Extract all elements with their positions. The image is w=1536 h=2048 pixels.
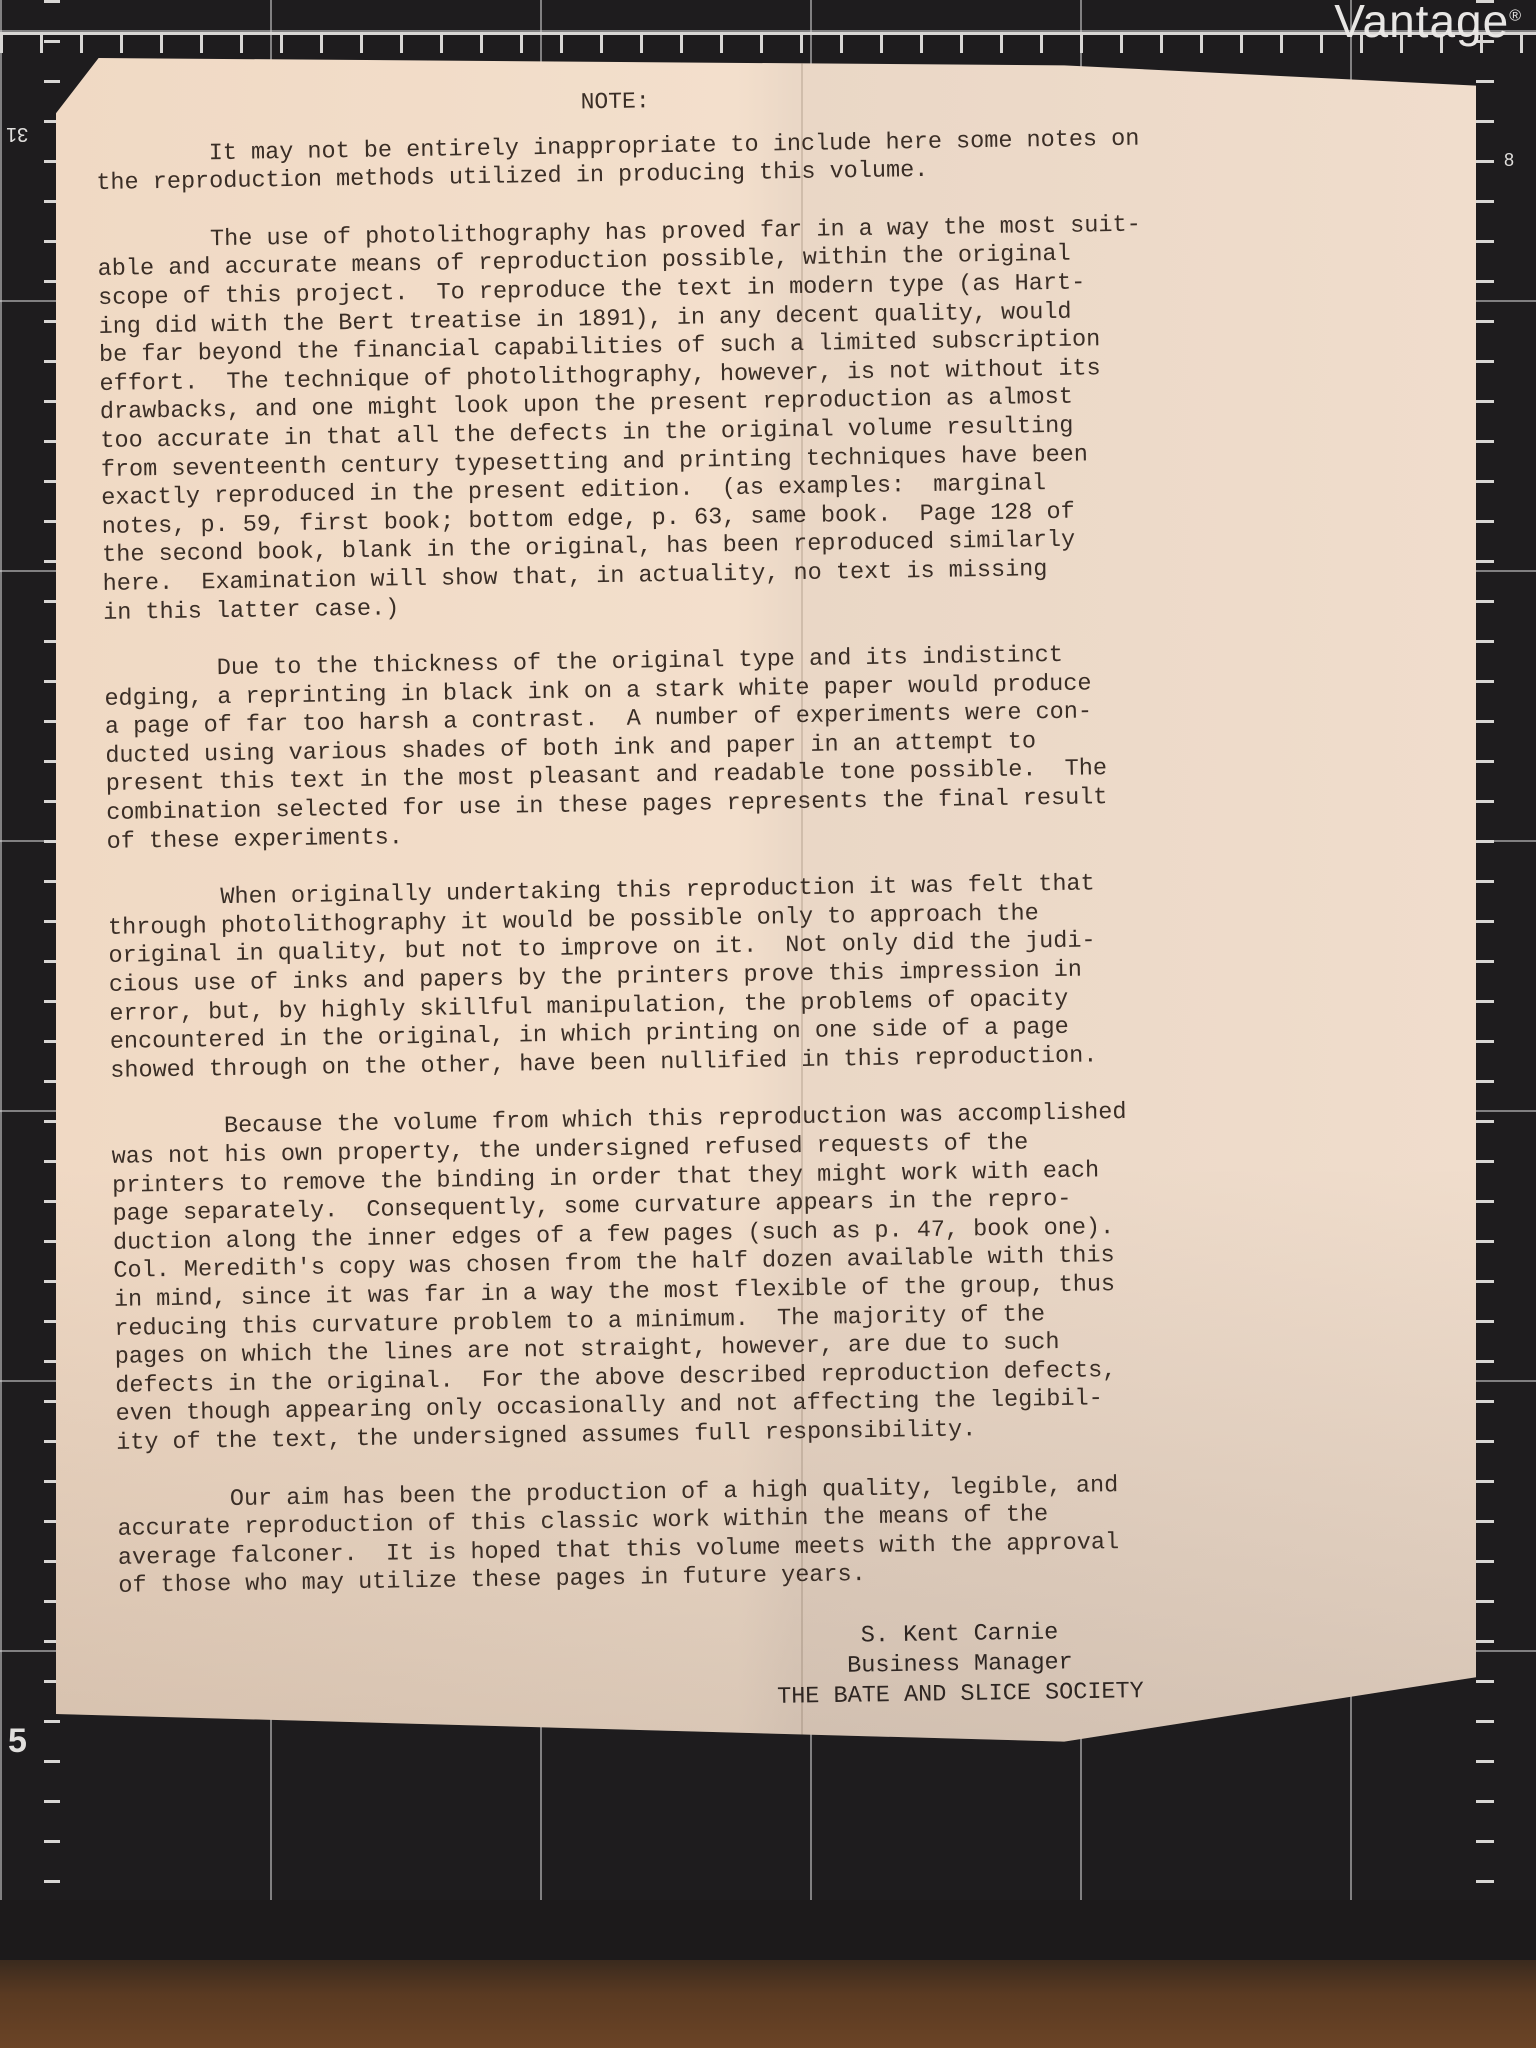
ruler-number: 31 bbox=[6, 122, 28, 145]
mat-brand-logo: Vantage® bbox=[1334, 0, 1522, 48]
paragraph-3: Due to the thickness of the original typ… bbox=[104, 641, 1107, 857]
registered-mark: ® bbox=[1509, 8, 1522, 25]
ruler-number: 8 bbox=[1504, 150, 1514, 171]
ruler-left bbox=[0, 0, 60, 1900]
ruler-right bbox=[1476, 0, 1536, 1900]
note-body: NOTE: It may not be entirely inappropria… bbox=[95, 80, 1119, 1630]
paragraphs: It may not be entirely inappropriate to … bbox=[96, 126, 1119, 1602]
paragraph-2: The use of photolithography has proved f… bbox=[97, 212, 1103, 628]
paragraph-4: When originally undertaking this reprodu… bbox=[107, 870, 1110, 1086]
paragraph-5: Because the volume from which this repro… bbox=[111, 1100, 1116, 1459]
wooden-table bbox=[0, 1960, 1536, 2048]
signature-block: S. Kent Carnie Business Manager THE BATE… bbox=[719, 1616, 1200, 1714]
paragraph-1: It may not be entirely inappropriate to … bbox=[96, 126, 1097, 199]
ruler-number: 5 bbox=[8, 1722, 27, 1761]
paragraph-6: Our aim has been the production of a hig… bbox=[117, 1472, 1119, 1602]
brand-name: Vantage bbox=[1334, 0, 1509, 47]
